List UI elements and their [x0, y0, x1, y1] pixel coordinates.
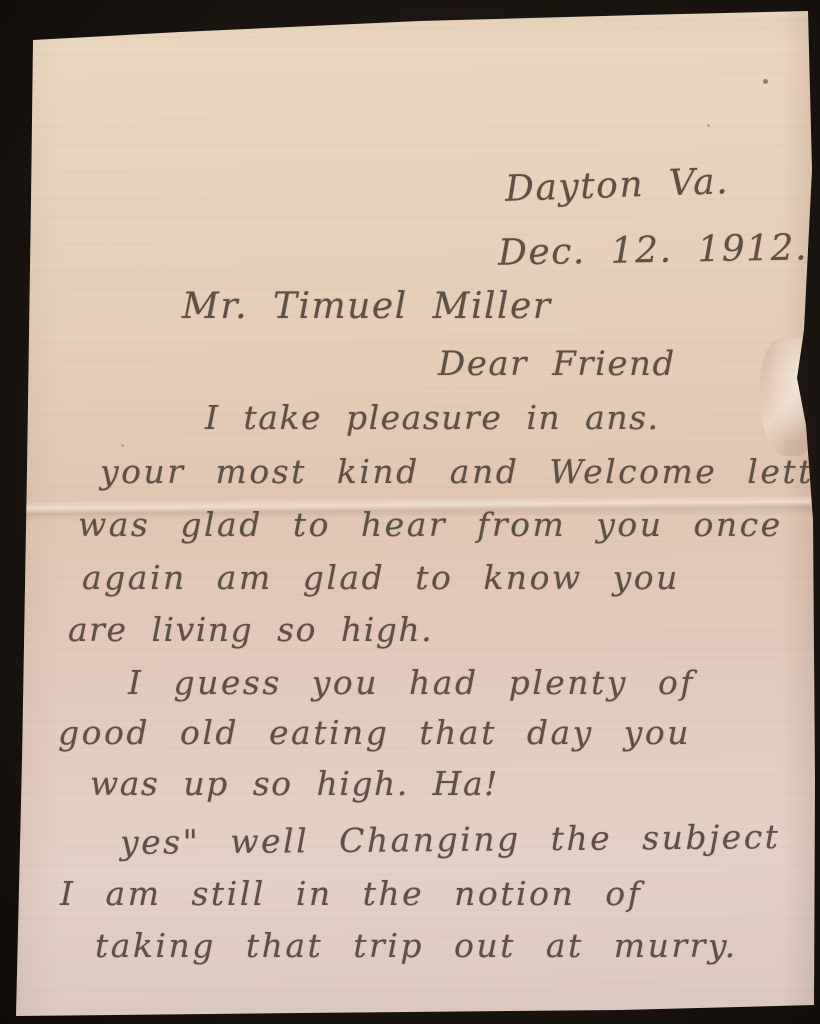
letter-body-line: was up so high. Ha!: [90, 764, 499, 803]
letter-paper: Dayton Va. Dec. 12. 1912. Mr. Timuel Mil…: [0, 0, 820, 1024]
letter-body-line: good old eating that day you: [58, 713, 691, 752]
letter-body-line: again am glad to know you: [82, 558, 680, 597]
foxing-spot: [121, 444, 124, 447]
letter-body-line: yes" well Changing the subject: [120, 817, 781, 862]
letter-body-line: your most kind and Welcome letter: [100, 452, 820, 491]
photo-background: Dayton Va. Dec. 12. 1912. Mr. Timuel Mil…: [0, 0, 820, 1024]
letter-body-line: I guess you had plenty of: [128, 663, 695, 702]
letter-body-line: taking that trip out at murry.: [95, 926, 738, 965]
letter-recipient: Mr. Timuel Miller: [182, 286, 552, 327]
letter-body-line: was glad to hear from you once: [78, 505, 783, 544]
letter-date: Dec. 12. 1912.: [498, 227, 809, 273]
letter-place: Dayton Va.: [504, 161, 729, 210]
letter-body-line: are living so high.: [68, 610, 433, 649]
crumpled-edge: [760, 338, 814, 456]
letter-body-line: I take pleasure in ans.: [205, 398, 660, 437]
letter-salutation: Dear Friend: [438, 344, 676, 384]
foxing-spot: [763, 79, 768, 84]
letter-body-line: I am still in the notion of: [60, 874, 642, 913]
foxing-spot: [707, 124, 710, 127]
